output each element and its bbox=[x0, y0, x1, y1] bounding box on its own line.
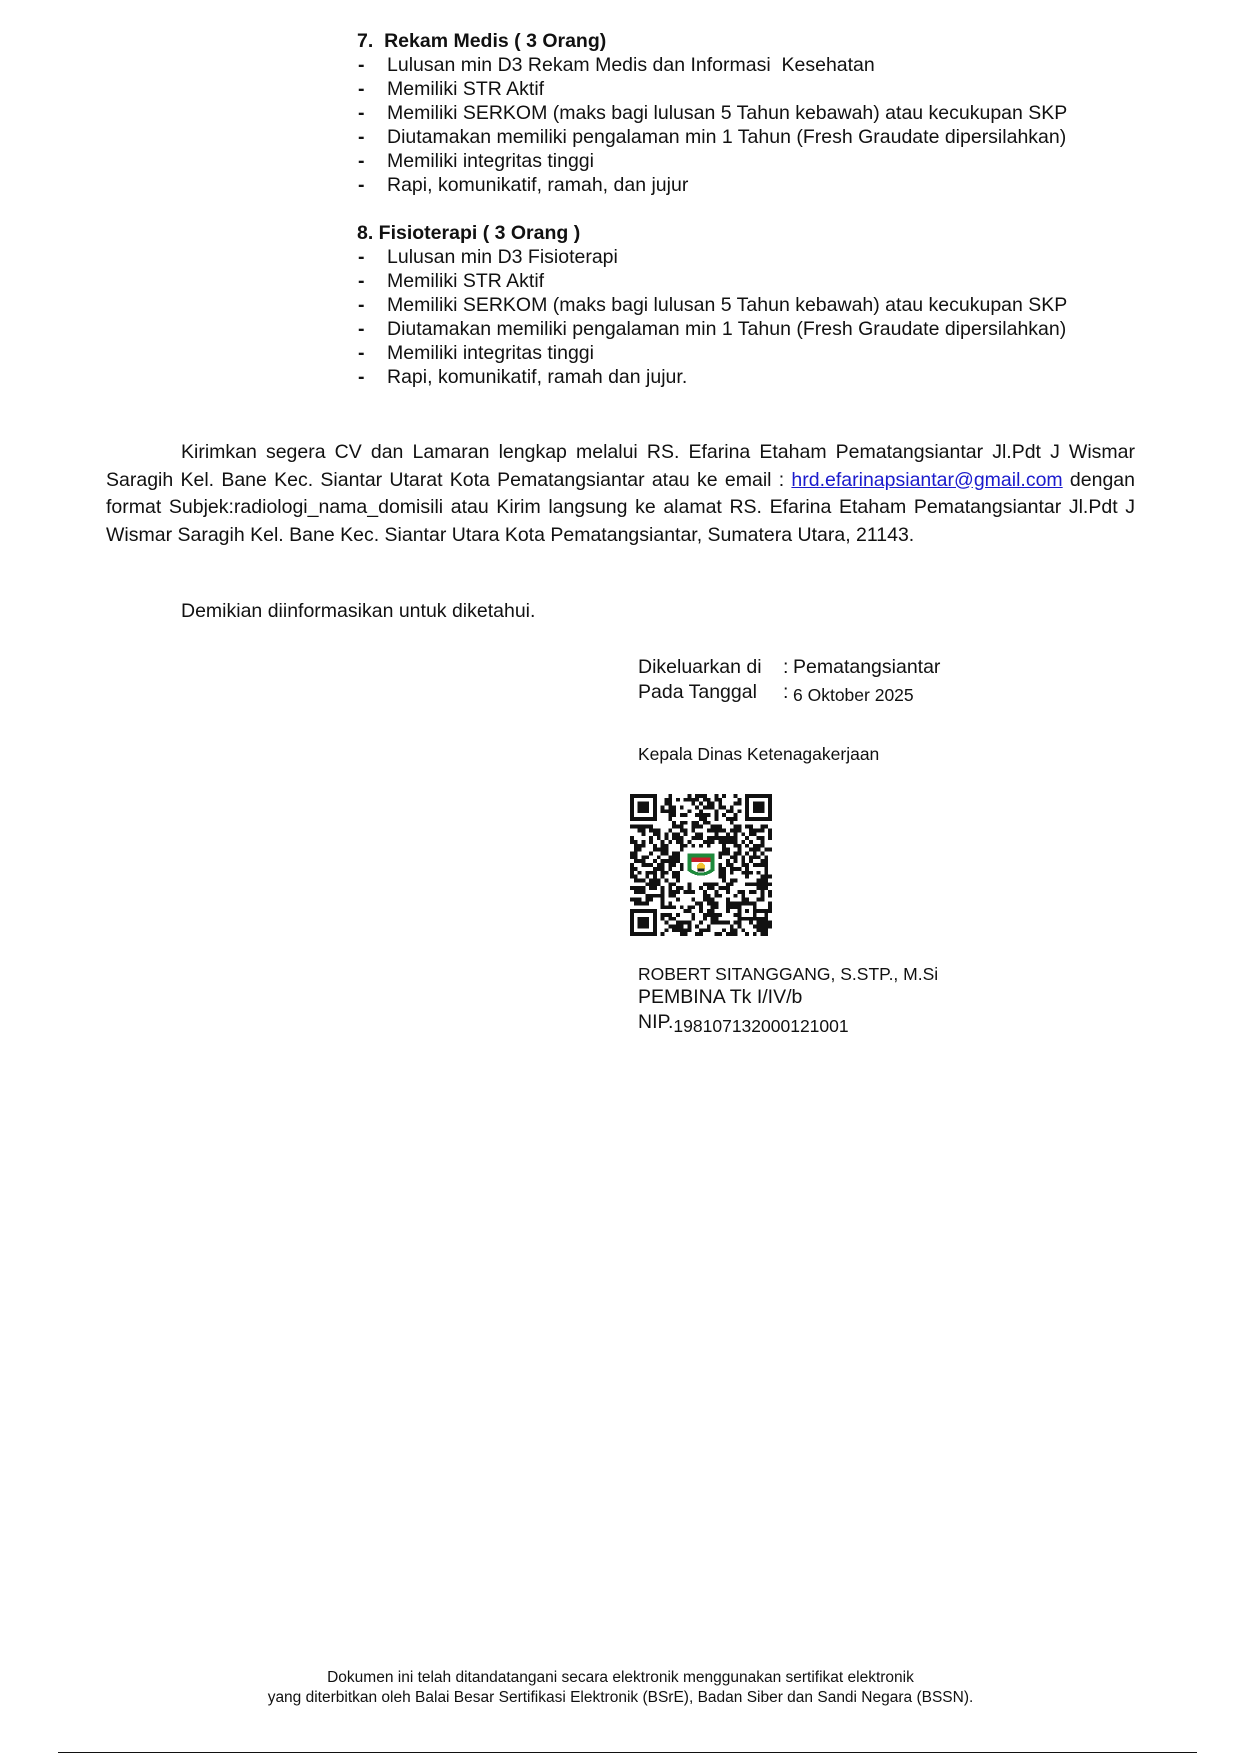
issued-at-value: Pematangsiantar bbox=[793, 655, 940, 680]
date-value: 6 Oktober 2025 bbox=[793, 683, 914, 708]
bullet-dash-icon: - bbox=[358, 245, 378, 269]
date-label: Pada Tanggal bbox=[638, 680, 757, 705]
bullet-dash-icon: - bbox=[358, 365, 378, 389]
bullet-dash-icon: - bbox=[358, 53, 378, 77]
list-item: -Memiliki SERKOM (maks bagi lulusan 5 Ta… bbox=[357, 101, 1157, 125]
list-item: -Diutamakan memiliki pengalaman min 1 Ta… bbox=[357, 125, 1157, 149]
qr-code-icon bbox=[630, 794, 772, 936]
colon: : bbox=[783, 655, 788, 680]
signer-block: ROBERT SITANGGANG, S.STP., M.Si PEMBINA … bbox=[638, 963, 938, 1035]
bullet-dash-icon: - bbox=[358, 341, 378, 365]
closing-sentence: Demikian diinformasikan untuk diketahui. bbox=[181, 599, 535, 623]
application-instructions-paragraph: Kirimkan segera CV dan Lamaran lengkap m… bbox=[106, 439, 1135, 549]
requirements-list: -Lulusan min D3 Rekam Medis dan Informas… bbox=[357, 53, 1157, 197]
bullet-dash-icon: - bbox=[358, 293, 378, 317]
bullet-dash-icon: - bbox=[358, 173, 378, 197]
nip-number: 198107132000121001 bbox=[673, 1016, 848, 1036]
issuance-details: Dikeluarkan di : Pematangsiantar Pada Ta… bbox=[638, 655, 1118, 705]
list-item: -Memiliki STR Aktif bbox=[357, 77, 1157, 101]
signer-rank: PEMBINA Tk I/IV/b bbox=[638, 985, 938, 1009]
requirements-list: -Lulusan min D3 Fisioterapi -Memiliki ST… bbox=[357, 245, 1157, 389]
email-link[interactable]: hrd.efarinapsiantar@gmail.com bbox=[791, 469, 1062, 491]
qr-code-graphic bbox=[630, 794, 772, 936]
bullet-dash-icon: - bbox=[358, 269, 378, 293]
section-heading: 8. Fisioterapi ( 3 Orang ) bbox=[357, 221, 1157, 245]
list-item: -Memiliki STR Aktif bbox=[357, 269, 1157, 293]
list-item: -Lulusan min D3 Rekam Medis dan Informas… bbox=[357, 53, 1157, 77]
date-row: Pada Tanggal : 6 Oktober 2025 bbox=[638, 680, 1118, 705]
bullet-dash-icon: - bbox=[358, 77, 378, 101]
footer-line-2: yang diterbitkan oleh Balai Besar Sertif… bbox=[0, 1688, 1241, 1708]
signer-name: ROBERT SITANGGANG, S.STP., M.Si bbox=[638, 963, 938, 985]
issued-at-label: Dikeluarkan di bbox=[638, 655, 762, 680]
list-item: -Memiliki integritas tinggi bbox=[357, 341, 1157, 365]
footer-divider bbox=[58, 1752, 1197, 1753]
bullet-dash-icon: - bbox=[358, 317, 378, 341]
job-section-fisioterapi: 8. Fisioterapi ( 3 Orang ) -Lulusan min … bbox=[357, 221, 1157, 389]
issued-at-row: Dikeluarkan di : Pematangsiantar bbox=[638, 655, 1118, 680]
footer-line-1: Dokumen ini telah ditandatangani secara … bbox=[0, 1668, 1241, 1688]
signer-nip: NIP.198107132000121001 bbox=[638, 1009, 938, 1035]
e-signature-footer: Dokumen ini telah ditandatangani secara … bbox=[0, 1668, 1241, 1708]
bullet-dash-icon: - bbox=[358, 125, 378, 149]
list-item: -Memiliki SERKOM (maks bagi lulusan 5 Ta… bbox=[357, 293, 1157, 317]
bullet-dash-icon: - bbox=[358, 101, 378, 125]
list-item: -Diutamakan memiliki pengalaman min 1 Ta… bbox=[357, 317, 1157, 341]
signer-position-title: Kepala Dinas Ketenagakerjaan bbox=[638, 743, 879, 765]
colon: : bbox=[783, 680, 788, 705]
job-section-rekam-medis: 7. Rekam Medis ( 3 Orang) -Lulusan min D… bbox=[357, 29, 1157, 197]
document-page: 7. Rekam Medis ( 3 Orang) -Lulusan min D… bbox=[0, 0, 1241, 1755]
list-item: -Lulusan min D3 Fisioterapi bbox=[357, 245, 1157, 269]
list-item: -Memiliki integritas tinggi bbox=[357, 149, 1157, 173]
bullet-dash-icon: - bbox=[358, 149, 378, 173]
list-item: -Rapi, komunikatif, ramah, dan jujur bbox=[357, 173, 1157, 197]
list-item: -Rapi, komunikatif, ramah dan jujur. bbox=[357, 365, 1157, 389]
section-heading: 7. Rekam Medis ( 3 Orang) bbox=[357, 29, 1157, 53]
